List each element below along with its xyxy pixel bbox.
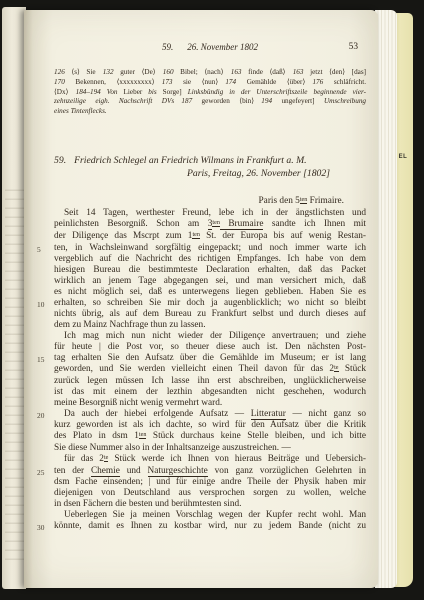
text-line: zurück legen müssen Ich lasse ihn erst a… (54, 376, 366, 387)
text-line: 25ten der Chemie und Naturgeschichte von… (54, 466, 366, 477)
text-line: Ich mag mich nun nicht wieder der Dilige… (54, 331, 366, 342)
text-line: 126 ⟨s⟩ Sie 132 guter ⟨De⟩ 160 Bibel; ⟨n… (54, 68, 366, 78)
running-head-letter-number: 59. (162, 42, 173, 52)
facing-page-edge (2, 7, 26, 589)
text-line: es nicht möglich sei, daß es unterwegens… (54, 287, 366, 298)
running-head: 59.26. November 1802 53 (54, 42, 366, 53)
line-number: 5 (37, 244, 51, 255)
running-head-date: 26. November 1802 (187, 42, 258, 52)
text-line: ist das mit einem der lezthin abgesandte… (54, 387, 366, 398)
line-number: 25 (37, 467, 51, 478)
text-line: eines Tintenflecks. (54, 107, 366, 117)
text-line: wirklich an jenem Tage abgegangen sei, u… (54, 276, 366, 287)
text-line: Sie diese Nummer also in der Inhaltsanze… (54, 443, 366, 454)
fore-edge (375, 10, 397, 588)
text-line: hiesigen Bureau die bestimmteste Declara… (54, 265, 366, 276)
dateline: Paris den 5ten Frimaire. (54, 196, 366, 208)
text-line: dem zu Mainz Nachfrage thun zu lassen. (54, 320, 366, 331)
text-line: 20Da auch der hiebei erfolgende Aufsatz … (54, 409, 366, 420)
text-line: 15tag erhalten Sie den Aufsatz über die … (54, 353, 366, 364)
letter-place-date: Paris, Freitag, 26. November [1802] (54, 167, 366, 181)
text-line: 10erhalten, so schreiben Sie mir doch ja… (54, 298, 366, 309)
text-line: Ueberlegen Sie ja meinen Vorschlag wegen… (54, 510, 366, 521)
book-photo: EL 59.26. November 1802 53 126 ⟨s⟩ Sie 1… (0, 0, 424, 600)
facing-page-ghost-text (5, 182, 24, 564)
line-number: 20 (37, 410, 51, 421)
text-line: des Plato in dsm 1ten Stück durchaus kei… (54, 431, 366, 443)
critical-apparatus: 126 ⟨s⟩ Sie 132 guter ⟨De⟩ 160 Bibel; ⟨n… (54, 68, 366, 117)
page-number: 53 (349, 42, 358, 53)
text-line: nichts übrig, als auf dem Bureau zu Fran… (54, 309, 366, 320)
text-line: kurz geworden ist als ich dachte, so wir… (54, 420, 366, 431)
text-line: zehnzeilige eigh. Nachschrift DVs 187 ge… (54, 97, 366, 107)
line-number: 15 (37, 354, 51, 365)
text-line: geworden, und Sie werden vielleicht eine… (54, 364, 366, 376)
letter-number: 59. (54, 155, 66, 166)
running-head-title: 59.26. November 1802 (54, 42, 366, 53)
text-line: vergeblich auf die Nachricht des richtig… (54, 254, 366, 265)
text-line: dsm Fache einsenden; | und für einige an… (54, 477, 366, 488)
text-line: 30könnte, damit es Ihnen zu kostbar wird… (54, 521, 366, 532)
text-line: ⟨Dx⟩ 184–194 Von Lieber bis Sorge] Links… (54, 88, 366, 98)
text-line: Seit 14 Tagen, werthester Freund, lebe i… (54, 208, 366, 219)
text-line: meine Besorgniß nicht wenig vermehrt war… (54, 398, 366, 409)
text-line: 5ten, in Wachsleinwand sorgfältig eingep… (54, 243, 366, 254)
text-line: für heute | die Post vor, so theuer dies… (54, 342, 366, 353)
line-number: 10 (37, 299, 51, 310)
text-line: der Diligençe das Mscrpt zum 1ten St. de… (54, 231, 366, 243)
text-line: 170 Bekennen, ⟨xxxxxxxxx⟩ 173 sie ⟨nun⟩ … (54, 78, 366, 88)
letter-body: Seit 14 Tagen, werthester Freund, lebe i… (54, 208, 366, 532)
letter-heading: 59.Friedrich Schlegel an Friedrich Wilma… (54, 154, 366, 181)
main-page: 59.26. November 1802 53 126 ⟨s⟩ Sie 132 … (24, 10, 378, 588)
text-line: für das 2te Stück werde ich Ihnen von hi… (54, 454, 366, 466)
text-line: in dsen Fächern die besten und berühmtes… (54, 499, 366, 510)
line-number: 30 (37, 522, 51, 533)
text-line: peinlichsten Besorgniß. Schon am 3ten Br… (54, 219, 366, 231)
text-line: diejenigen von Deutschland aus versproch… (54, 488, 366, 499)
letter-heading-line1: 59.Friedrich Schlegel an Friedrich Wilma… (54, 154, 366, 168)
letter-title: Friedrich Schlegel an Friedrich Wilmans … (74, 155, 306, 166)
